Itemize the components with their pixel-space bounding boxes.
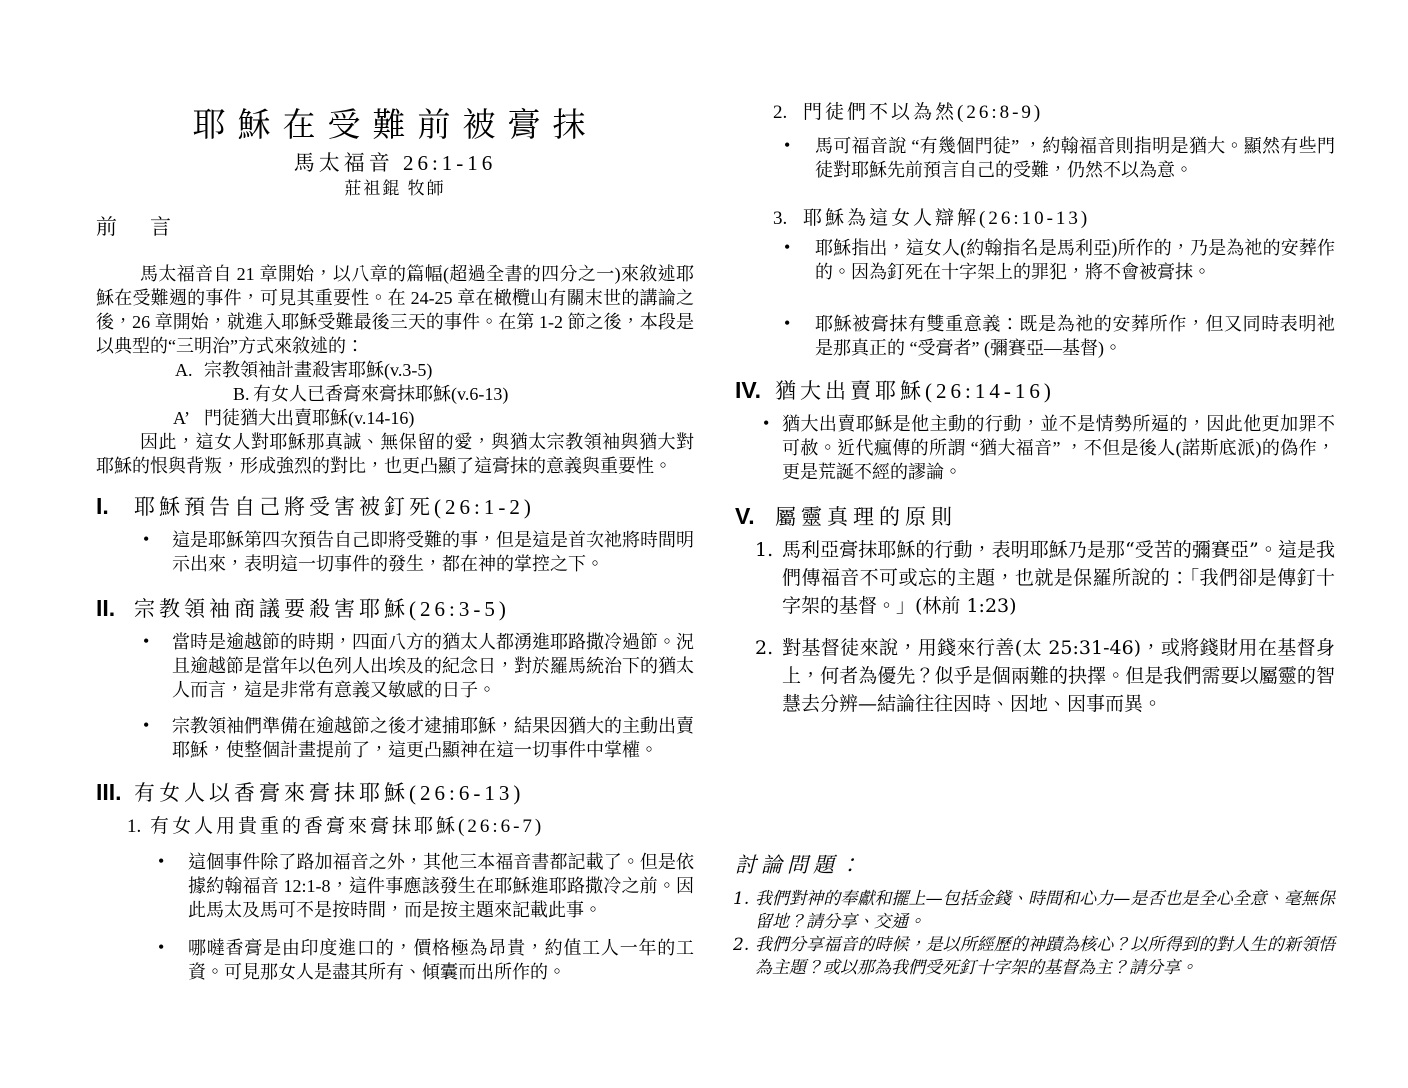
- section-number: II.: [96, 595, 134, 622]
- document-page: 耶穌在受難前被膏抹 馬太福音 26:1-16 莊祖錕 牧師 前 言 馬太福音自 …: [0, 0, 1408, 1088]
- discussion-question-2: 2. 我們分享福音的時候，是以所經歷的神蹟為核心？以所得到的對人生的新領悟為主題…: [735, 934, 1335, 980]
- bullet-point: 這是耶穌第四次預告自己即將受難的事，但是這是首次祂將時間明示出來，表明這一切事件…: [172, 528, 694, 576]
- bullet-point: 猶大出賣耶穌是他主動的行動，並不是情勢所逼的，因此他更加罪不可赦。近代瘋傳的所謂…: [782, 412, 1335, 484]
- section-title: 猶大出賣耶穌(26:14-16): [775, 376, 1055, 406]
- preface-heading: 前 言: [96, 214, 694, 240]
- question-text: 我們分享福音的時候，是以所經歷的神蹟為核心？以所得到的對人生的新領悟為主題？或以…: [755, 935, 1335, 978]
- discussion-heading: 討論問題：: [735, 852, 1335, 878]
- subsection-title: 門徒們不以為然(26:8-9): [803, 100, 1043, 126]
- item-text: 馬利亞膏抹耶穌的行動，表明耶穌乃是那“受苦的彌賽亞”。這是我們傳福音不可或忘的主…: [782, 539, 1335, 617]
- section-title: 屬靈真理的原則: [775, 502, 957, 532]
- outline-label: B.: [233, 382, 253, 406]
- bullet-point: 耶穌被膏抹有雙重意義：既是為祂的安葬所作，但又同時表明祂是那真正的 “受膏者” …: [815, 312, 1335, 360]
- outline-item-b: B.有女人已香膏來膏抹耶穌(v.6-13): [96, 382, 694, 406]
- section-1-bullets: 這是耶穌第四次預告自己即將受難的事，但是這是首次祂將時間明示出來，表明這一切事件…: [96, 528, 694, 576]
- scripture-reference: 馬太福音 26:1-16: [96, 150, 694, 176]
- section-title: 有女人以香膏來膏抹耶穌(26:6-13): [134, 778, 524, 808]
- principle-item-1: 1. 馬利亞膏抹耶穌的行動，表明耶穌乃是那“受苦的彌賽亞”。這是我們傳福音不可或…: [735, 536, 1335, 620]
- author-name: 莊祖錕 牧師: [96, 178, 694, 200]
- right-column: 2. 門徒們不以為然(26:8-9) 馬可福音說 “有幾個門徒” ，約翰福音則指…: [735, 100, 1335, 980]
- section-4-bullets: 猶大出賣耶穌是他主動的行動，並不是情勢所逼的，因此他更加罪不可赦。近代瘋傳的所謂…: [735, 412, 1335, 484]
- subsection-heading-1: 1. 有女人用貴重的香膏來膏抹耶穌(26:6-7): [96, 814, 694, 840]
- bullet-point: 宗教領袖們準備在逾越節之後才逮捕耶穌，結果因猶大的主動出賣耶穌，使整個計畫提前了…: [172, 714, 694, 762]
- item-text: 對基督徒來說，用錢來行善(太 25:31-46)，或將錢財用在基督身上，何者為優…: [782, 637, 1335, 715]
- subsection-3-bullets: 耶穌指出，這女人(約翰指名是馬利亞)所作的，乃是為祂的安葬作的。因為釘死在十字架…: [735, 236, 1335, 360]
- bullet-point: 耶穌指出，這女人(約翰指名是馬利亞)所作的，乃是為祂的安葬作的。因為釘死在十字架…: [815, 236, 1335, 284]
- item-number: 2.: [755, 634, 773, 662]
- outline-item-a: A.宗教領袖計畫殺害耶穌(v.3-5): [96, 358, 694, 382]
- section-number: I.: [96, 493, 134, 520]
- section-heading-3: III. 有女人以香膏來膏抹耶穌(26:6-13): [96, 778, 694, 808]
- question-number: 1.: [733, 888, 749, 911]
- outline-label: A.: [175, 358, 204, 382]
- outline-label: A’: [173, 406, 204, 430]
- section-number: V.: [735, 503, 775, 530]
- bullet-point: 哪噠香膏是由印度進口的，價格極為昂貴，約值工人一年的工資。可見那女人是盡其所有、…: [188, 936, 694, 984]
- preface-intro-paragraph: 馬太福音自 21 章開始，以八章的篇幅(超過全書的四分之一)來敘述耶穌在受難週的…: [96, 262, 694, 358]
- discussion-question-1: 1. 我們對神的奉獻和擺上—包括金錢、時間和心力—是否也是全心全意、毫無保留地？…: [735, 888, 1335, 934]
- principle-item-2: 2. 對基督徒來說，用錢來行善(太 25:31-46)，或將錢財用在基督身上，何…: [735, 634, 1335, 718]
- section-title: 耶穌預告自己將受害被釘死(26:1-2): [134, 492, 535, 522]
- outline-item-a-prime: A’門徒猶大出賣耶穌(v.14-16): [96, 406, 694, 430]
- preface-conclusion-paragraph: 因此，這女人對耶穌那真誠、無保留的愛，與猶太宗教領袖與猶大對耶穌的恨與背叛，形成…: [96, 430, 694, 478]
- bullet-point: 這個事件除了路加福音之外，其他三本福音書都記載了。但是依據約翰福音 12:1-8…: [188, 850, 694, 922]
- subsection-title: 有女人用貴重的香膏來膏抹耶穌(26:6-7): [150, 814, 544, 840]
- outline-text: 宗教領袖計畫殺害耶穌(v.3-5): [204, 360, 432, 380]
- bullet-point: 當時是逾越節的時期，四面八方的猶太人都湧進耶路撒冷過節。況且逾越節是當年以色列人…: [172, 630, 694, 702]
- section-heading-1: I. 耶穌預告自己將受害被釘死(26:1-2): [96, 492, 694, 522]
- section-heading-4: IV. 猶大出賣耶穌(26:14-16): [735, 376, 1335, 406]
- outline-text: 門徒猶大出賣耶穌(v.14-16): [204, 408, 414, 428]
- section-heading-5: V. 屬靈真理的原則: [735, 502, 1335, 532]
- question-text: 我們對神的奉獻和擺上—包括金錢、時間和心力—是否也是全心全意、毫無保留地？請分享…: [755, 889, 1335, 932]
- bullet-point: 馬可福音說 “有幾個門徒” ，約翰福音則指明是猶大。顯然有些門徒對耶穌先前預言自…: [815, 134, 1335, 182]
- subsection-1-bullets: 這個事件除了路加福音之外，其他三本福音書都記載了。但是依據約翰福音 12:1-8…: [96, 850, 694, 984]
- section-heading-2: II. 宗教領袖商議要殺害耶穌(26:3-5): [96, 594, 694, 624]
- page-title: 耶穌在受難前被膏抹: [96, 104, 694, 148]
- outline-text: 有女人已香膏來膏抹耶穌(v.6-13): [253, 384, 508, 404]
- subsection-heading-2: 2. 門徒們不以為然(26:8-9): [735, 100, 1335, 126]
- subsection-title: 耶穌為這女人辯解(26:10-13): [803, 206, 1090, 232]
- subsection-heading-3: 3. 耶穌為這女人辯解(26:10-13): [735, 206, 1335, 232]
- question-number: 2.: [733, 934, 749, 957]
- left-column: 耶穌在受難前被膏抹 馬太福音 26:1-16 莊祖錕 牧師 前 言 馬太福音自 …: [96, 104, 694, 984]
- section-number: III.: [96, 779, 134, 806]
- subsection-number: 1.: [127, 814, 150, 840]
- sandwich-outline: A.宗教領袖計畫殺害耶穌(v.3-5) B.有女人已香膏來膏抹耶穌(v.6-13…: [96, 358, 694, 430]
- section-title: 宗教領袖商議要殺害耶穌(26:3-5): [134, 594, 510, 624]
- section-2-bullets: 當時是逾越節的時期，四面八方的猶太人都湧進耶路撒冷過節。況且逾越節是當年以色列人…: [96, 630, 694, 762]
- item-number: 1.: [755, 536, 773, 564]
- subsection-2-bullets: 馬可福音說 “有幾個門徒” ，約翰福音則指明是猶大。顯然有些門徒對耶穌先前預言自…: [735, 134, 1335, 182]
- section-number: IV.: [735, 377, 775, 404]
- subsection-number: 2.: [773, 100, 803, 126]
- subsection-number: 3.: [773, 206, 803, 232]
